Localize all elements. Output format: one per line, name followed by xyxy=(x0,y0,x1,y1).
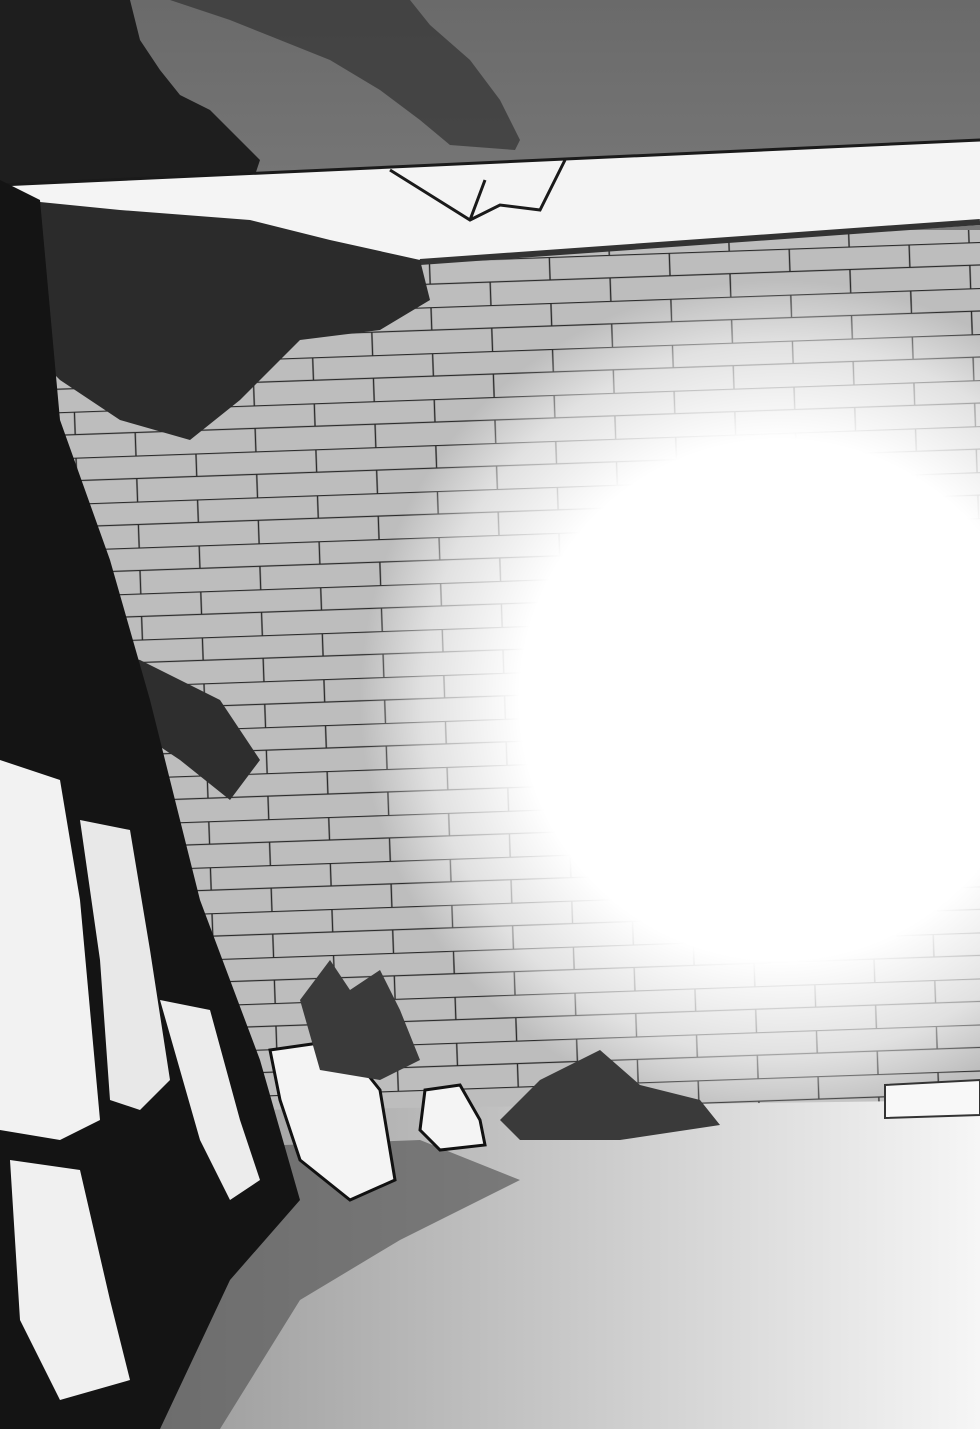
scene-artwork xyxy=(0,0,980,1429)
manga-scene xyxy=(0,0,980,1429)
far-wall-edge xyxy=(885,1080,980,1118)
